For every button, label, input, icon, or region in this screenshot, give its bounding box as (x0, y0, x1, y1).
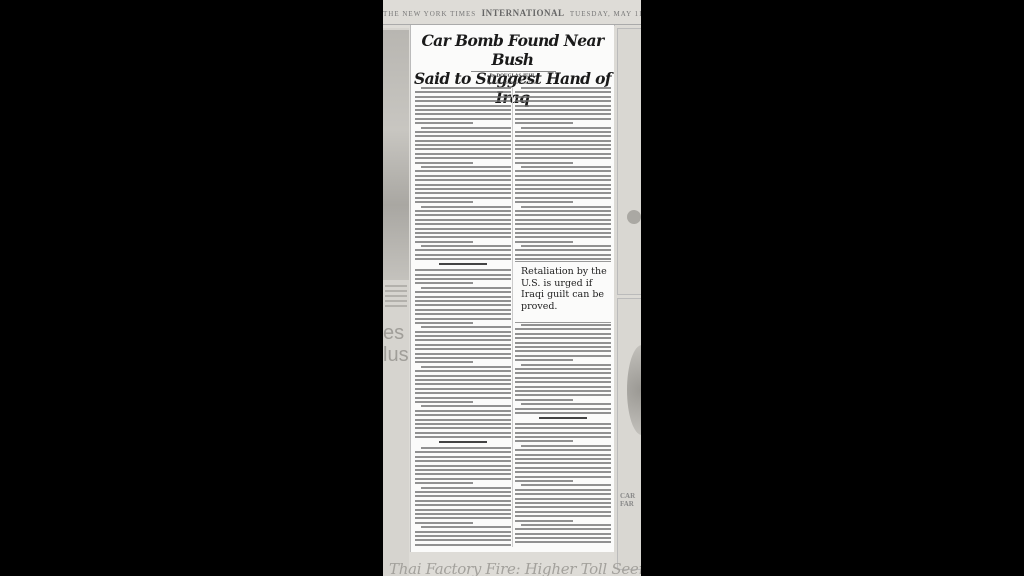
text-line (515, 135, 611, 137)
text-line (421, 245, 511, 247)
text-line (515, 188, 611, 190)
newspaper-page: THE NEW YORK TIMES INTERNATIONAL TUESDAY… (383, 0, 641, 576)
text-line (521, 324, 611, 326)
text-line (415, 96, 511, 98)
text-line (415, 392, 511, 394)
text-line (439, 263, 487, 265)
text-line (515, 179, 611, 181)
text-line (515, 520, 573, 522)
text-line (415, 241, 473, 243)
text-line (515, 537, 611, 539)
text-line (415, 109, 511, 111)
text-line (415, 491, 511, 493)
text-line (415, 282, 473, 284)
headline-line-1: Car Bomb Found Near Bush (411, 31, 614, 69)
text-line (415, 135, 511, 137)
text-line (415, 188, 511, 190)
text-line (415, 228, 511, 230)
text-line (415, 419, 511, 421)
text-line (515, 394, 611, 396)
text-line (515, 201, 573, 203)
text-line (415, 232, 511, 234)
text-line (515, 449, 611, 451)
text-line (515, 436, 611, 438)
text-line (421, 447, 511, 449)
text-line (415, 91, 511, 93)
text-line (515, 214, 611, 216)
text-line (415, 517, 511, 519)
right-box-top (617, 28, 641, 295)
text-line (515, 467, 611, 469)
text-line (515, 454, 611, 456)
text-line (415, 535, 511, 537)
text-line (415, 370, 511, 372)
text-line (415, 223, 511, 225)
text-line (521, 206, 611, 208)
text-line (515, 480, 573, 482)
text-line (421, 326, 511, 328)
masthead-section: INTERNATIONAL (482, 8, 565, 18)
text-line (515, 122, 573, 124)
text-line (415, 170, 511, 172)
text-line (415, 465, 511, 467)
text-line (515, 462, 611, 464)
text-line (415, 131, 511, 133)
text-line (415, 249, 511, 251)
text-line (515, 423, 611, 425)
text-line (421, 366, 511, 368)
text-line (515, 502, 611, 504)
text-line (415, 258, 511, 260)
text-line (415, 531, 511, 533)
left-caption-lines (385, 285, 407, 310)
text-line (415, 331, 511, 333)
text-line (515, 506, 611, 508)
text-line (515, 432, 611, 434)
text-line (515, 489, 611, 491)
masthead-publication: THE NEW YORK TIMES (383, 10, 476, 18)
text-line (415, 335, 511, 337)
text-line (515, 113, 611, 115)
text-line (515, 342, 611, 344)
text-line (521, 127, 611, 129)
text-line (515, 175, 611, 177)
text-line (415, 509, 511, 511)
text-line (515, 236, 611, 238)
text-line (539, 417, 587, 419)
text-line (415, 456, 511, 458)
text-line (515, 498, 611, 500)
text-line (515, 346, 611, 348)
text-line (415, 504, 511, 506)
bottom-headline: Thai Factory Fire: Higher Toll Seen (389, 560, 641, 576)
text-line (521, 484, 611, 486)
byline: By DOUGLAS JEHL (411, 74, 614, 79)
text-line (521, 445, 611, 447)
text-line (415, 460, 511, 462)
text-line (515, 131, 611, 133)
headline-rule (471, 71, 556, 72)
text-line (415, 313, 511, 315)
text-line (415, 144, 511, 146)
text-line (515, 440, 573, 442)
text-line (515, 533, 611, 535)
text-line (515, 219, 611, 221)
text-line (515, 223, 611, 225)
text-line (521, 524, 611, 526)
text-line (439, 441, 487, 443)
text-line (415, 469, 511, 471)
text-line (515, 368, 611, 370)
text-line (415, 539, 511, 541)
text-line (415, 274, 511, 276)
text-line (515, 118, 611, 120)
pull-quote: Retaliation by the U.S. is urged if Iraq… (515, 261, 611, 323)
text-line (421, 206, 511, 208)
text-line (415, 339, 511, 341)
text-line (415, 291, 511, 293)
right-fragment-2: FAR (620, 500, 635, 508)
text-line (415, 322, 473, 324)
text-line (515, 493, 611, 495)
text-line (415, 414, 511, 416)
text-line (515, 427, 611, 429)
text-line (415, 254, 511, 256)
text-line (515, 350, 611, 352)
text-line (515, 333, 611, 335)
text-line (415, 513, 511, 515)
text-line (415, 348, 511, 350)
text-line (415, 210, 511, 212)
text-line (415, 473, 511, 475)
masthead: THE NEW YORK TIMES INTERNATIONAL TUESDAY… (383, 8, 641, 22)
text-line (415, 522, 473, 524)
left-headline-fragment: es lus (383, 322, 409, 366)
text-line (521, 364, 611, 366)
text-line (521, 245, 611, 247)
text-line (515, 471, 611, 473)
article-clipping: Car Bomb Found Near Bush Said to Suggest… (410, 25, 615, 552)
pull-quote-text: Retaliation by the U.S. is urged if Iraq… (515, 262, 611, 312)
text-line (415, 175, 511, 177)
text-line (415, 482, 473, 484)
text-line (515, 258, 611, 260)
text-line (415, 544, 511, 546)
text-line (415, 184, 511, 186)
text-line (515, 390, 611, 392)
text-line (515, 109, 611, 111)
text-line (415, 100, 511, 102)
text-line (515, 241, 573, 243)
text-line (515, 528, 611, 530)
article-column-1 (415, 87, 511, 548)
left-fragment-2: lus (383, 344, 409, 366)
text-line (421, 526, 511, 528)
text-line (515, 91, 611, 93)
text-line (515, 157, 611, 159)
text-line (515, 192, 611, 194)
text-line (415, 397, 511, 399)
text-line (515, 408, 611, 410)
text-line (515, 184, 611, 186)
text-line (515, 355, 611, 357)
text-line (415, 478, 511, 480)
text-line (415, 361, 473, 363)
text-line (515, 372, 611, 374)
text-line (415, 318, 511, 320)
right-photo-top (627, 210, 641, 224)
right-box-bottom (617, 298, 641, 570)
text-line (421, 405, 511, 407)
text-line (521, 403, 611, 405)
text-line (515, 228, 611, 230)
text-line (515, 412, 611, 414)
text-line (415, 122, 473, 124)
column-divider (512, 87, 513, 547)
text-line (415, 113, 511, 115)
text-line (515, 170, 611, 172)
text-line (415, 375, 511, 377)
text-line (415, 383, 511, 385)
text-line (421, 487, 511, 489)
text-line (415, 296, 511, 298)
text-line (415, 197, 511, 199)
text-line (515, 105, 611, 107)
text-line (421, 287, 511, 289)
text-line (415, 423, 511, 425)
text-line (515, 511, 611, 513)
text-line (415, 300, 511, 302)
text-line (515, 515, 611, 517)
text-line (421, 166, 511, 168)
text-line (515, 100, 611, 102)
masthead-date: TUESDAY, MAY 11, 1993 (570, 10, 641, 18)
text-line (515, 148, 611, 150)
text-line (415, 304, 511, 306)
text-line (515, 476, 611, 478)
text-line (515, 328, 611, 330)
text-line (415, 105, 511, 107)
text-line (415, 309, 511, 311)
text-line (515, 377, 611, 379)
text-line (415, 140, 511, 142)
text-line (515, 541, 611, 543)
text-line (515, 458, 611, 460)
text-line (415, 236, 511, 238)
text-line (515, 210, 611, 212)
text-line (415, 162, 473, 164)
text-line (415, 432, 511, 434)
text-line (515, 399, 573, 401)
text-line (415, 214, 511, 216)
text-line (515, 337, 611, 339)
text-line (415, 269, 511, 271)
text-line (415, 148, 511, 150)
left-fragment-1: es (383, 322, 409, 344)
text-line (515, 197, 611, 199)
text-line (515, 359, 573, 361)
text-line (415, 157, 511, 159)
text-line (415, 278, 511, 280)
text-line (415, 118, 511, 120)
text-line (421, 127, 511, 129)
text-line (415, 353, 511, 355)
text-line (415, 388, 511, 390)
text-line (415, 357, 511, 359)
byline-credit: Special to The New York Times (411, 80, 614, 85)
text-line (515, 162, 573, 164)
right-headline-fragment: CAR FAR (620, 492, 635, 508)
right-fragment-1: CAR (620, 492, 635, 500)
text-line (515, 386, 611, 388)
text-line (515, 232, 611, 234)
text-line (515, 254, 611, 256)
text-line (515, 96, 611, 98)
text-line (515, 140, 611, 142)
text-line (521, 87, 611, 89)
text-line (415, 427, 511, 429)
left-photo (383, 30, 409, 280)
text-line (415, 192, 511, 194)
text-line (521, 166, 611, 168)
text-line (415, 410, 511, 412)
text-line (415, 436, 511, 438)
text-line (415, 451, 511, 453)
text-line (415, 500, 511, 502)
text-line (415, 179, 511, 181)
text-line (415, 401, 473, 403)
text-line (415, 344, 511, 346)
text-line (415, 219, 511, 221)
text-line (515, 153, 611, 155)
text-line (421, 87, 511, 89)
text-line (415, 379, 511, 381)
text-line (415, 153, 511, 155)
text-line (515, 381, 611, 383)
text-line (415, 201, 473, 203)
text-line (415, 495, 511, 497)
text-line (515, 249, 611, 251)
text-line (515, 144, 611, 146)
